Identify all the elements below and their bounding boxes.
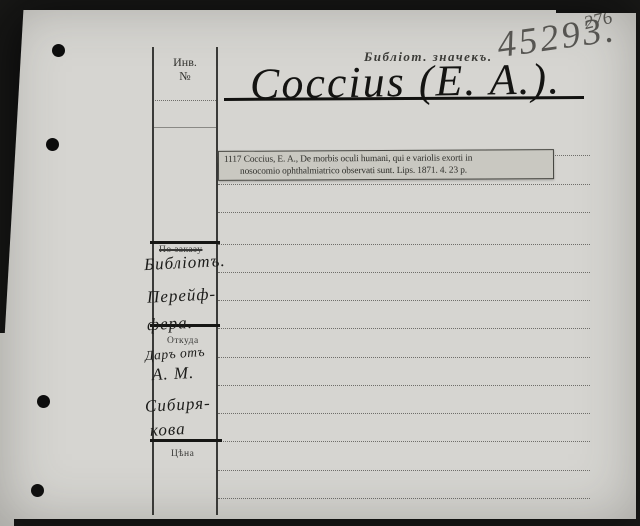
punch-hole [52, 44, 65, 57]
column-left-rule [152, 47, 154, 515]
ruled-line [218, 441, 590, 442]
inventory-label-line2: № [152, 69, 218, 83]
ruled-line [218, 184, 590, 185]
slip-title-text: Coccius, E. A., De morbis oculi humani, … [244, 154, 473, 165]
ruled-line [218, 328, 590, 329]
ruled-line [218, 244, 590, 245]
handwritten-source-line1: Библіотъ. [144, 251, 227, 275]
ruled-line [218, 300, 590, 301]
catalog-card-scan: Инв. № Библіот. значекъ. 45293. 276 Cocc… [0, 0, 640, 526]
column-dotted-rule [152, 100, 216, 101]
column-thin-rule [152, 127, 216, 128]
ruled-line [218, 413, 590, 414]
column-divider [150, 241, 220, 244]
scan-edge-top [0, 0, 640, 10]
handwritten-source-line3: фера. [147, 313, 194, 335]
inventory-column-label: Инв. № [152, 55, 218, 83]
ruled-line [218, 212, 590, 213]
scan-edge-top-right [556, 0, 640, 13]
scan-edge-left [0, 0, 24, 333]
slip-line2: nosocomio ophthalmiatrico observati sunt… [224, 165, 549, 178]
ruled-line [218, 357, 590, 358]
inventory-label-line1: Инв. [152, 55, 218, 69]
author-heading: Coccius (E. A.). [250, 53, 562, 109]
price-field-label: Цѣна [171, 449, 194, 459]
handwritten-source-line2: Перейф- [147, 284, 217, 308]
punch-hole [37, 395, 50, 408]
handwritten-origin-line2: А. М. [152, 363, 195, 385]
handwritten-origin-line3: Сибиря- [145, 393, 212, 416]
column-right-rule [216, 47, 218, 515]
ruled-line [218, 470, 590, 471]
slip-entry-number: 1117 [224, 155, 242, 165]
punch-hole [46, 138, 59, 151]
scan-edge-bottom [14, 519, 640, 526]
ruled-line [218, 498, 590, 499]
ruled-line [218, 272, 590, 273]
pasted-title-slip: 1117 Coccius, E. A., De morbis oculi hum… [218, 149, 554, 181]
handwritten-origin-line4: кова [150, 419, 187, 441]
punch-hole [31, 484, 44, 497]
scan-edge-right [636, 0, 640, 526]
ruled-line [218, 385, 590, 386]
handwritten-origin-line1: Даръ отъ [145, 344, 206, 364]
